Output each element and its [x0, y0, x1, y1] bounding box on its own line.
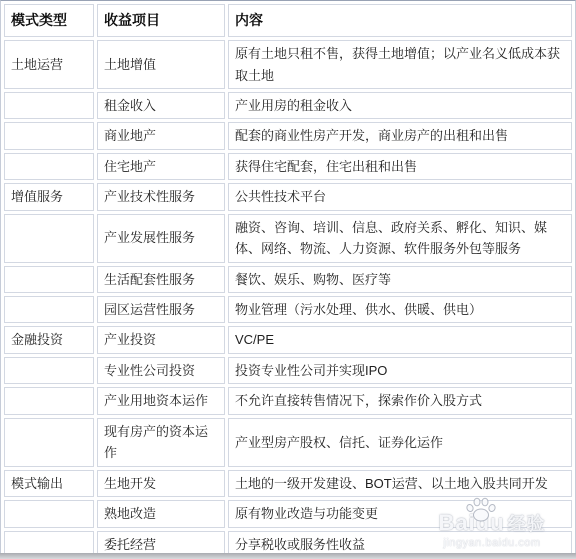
cell-revenue-item: 产业发展性服务 [97, 214, 225, 263]
table-row: 产业用地资本运作 不允许直接转售情况下，探索作价入股方式 [4, 387, 572, 414]
cell-content: 公共性技术平台 [228, 183, 572, 210]
cell-revenue-item: 土地增值 [97, 40, 225, 89]
cell-content: VC/PE [228, 326, 572, 353]
table-row: 现有房产的资本运作 产业型房产股权、信托、证券化运作 [4, 418, 572, 467]
cell-mode-type: 金融投资 [4, 326, 94, 353]
header-content: 内容 [228, 4, 572, 37]
cell-mode-type [4, 296, 94, 323]
cell-mode-type [4, 214, 94, 263]
cell-content: 餐饮、娱乐、购物、医疗等 [228, 266, 572, 293]
table-row: 住宅地产 获得住宅配套，住宅出租和出售 [4, 153, 572, 180]
cell-mode-type: 增值服务 [4, 183, 94, 210]
table-row: 模式输出 生地开发 土地的一级开发建设、BOT运营、以土地入股共同开发 [4, 470, 572, 497]
cell-content: 投资专业性公司并实现IPO [228, 357, 572, 384]
cell-content: 土地的一级开发建设、BOT运营、以土地入股共同开发 [228, 470, 572, 497]
cell-mode-type [4, 92, 94, 119]
table-row: 园区运营性服务 物业管理（污水处理、供水、供暖、供电） [4, 296, 572, 323]
table-row: 增值服务 产业技术性服务 公共性技术平台 [4, 183, 572, 210]
cell-content: 融资、咨询、培训、信息、政府关系、孵化、知识、媒体、网络、物流、人力资源、软件服… [228, 214, 572, 263]
cell-mode-type [4, 153, 94, 180]
cell-content: 物业管理（污水处理、供水、供暖、供电） [228, 296, 572, 323]
cell-revenue-item: 生活配套性服务 [97, 266, 225, 293]
cell-content: 产业型房产股权、信托、证券化运作 [228, 418, 572, 467]
cell-content: 配套的商业性房产开发，商业房产的出租和出售 [228, 122, 572, 149]
header-mode-type: 模式类型 [4, 4, 94, 37]
cell-mode-type: 土地运营 [4, 40, 94, 89]
cell-revenue-item: 产业技术性服务 [97, 183, 225, 210]
cell-content: 获得住宅配套，住宅出租和出售 [228, 153, 572, 180]
cell-mode-type [4, 266, 94, 293]
cell-mode-type [4, 357, 94, 384]
cell-revenue-item: 生地开发 [97, 470, 225, 497]
revenue-model-table: 模式类型 收益项目 内容 土地运营 土地增值 原有土地只租不售，获得土地增值；以… [0, 0, 576, 559]
table-header-row: 模式类型 收益项目 内容 [4, 4, 572, 37]
screenshot-root: 模式类型 收益项目 内容 土地运营 土地增值 原有土地只租不售，获得土地增值；以… [0, 0, 576, 559]
cell-mode-type [4, 387, 94, 414]
cell-revenue-item: 住宅地产 [97, 153, 225, 180]
table-row: 土地运营 土地增值 原有土地只租不售，获得土地增值；以产业名义低成本获取土地 [4, 40, 572, 89]
cell-revenue-item: 租金收入 [97, 92, 225, 119]
table-row: 商业地产 配套的商业性房产开发，商业房产的出租和出售 [4, 122, 572, 149]
cell-mode-type [4, 418, 94, 467]
cell-revenue-item: 专业性公司投资 [97, 357, 225, 384]
table-row: 专业性公司投资 投资专业性公司并实现IPO [4, 357, 572, 384]
cell-mode-type [4, 122, 94, 149]
cell-mode-type: 模式输出 [4, 470, 94, 497]
cell-revenue-item: 熟地改造 [97, 500, 225, 527]
table-row: 金融投资 产业投资 VC/PE [4, 326, 572, 353]
table-row: 租金收入 产业用房的租金收入 [4, 92, 572, 119]
table-row: 产业发展性服务 融资、咨询、培训、信息、政府关系、孵化、知识、媒体、网络、物流、… [4, 214, 572, 263]
cell-mode-type [4, 500, 94, 527]
cell-revenue-item: 园区运营性服务 [97, 296, 225, 323]
table-row: 熟地改造 原有物业改造与功能变更 [4, 500, 572, 527]
table-row: 生活配套性服务 餐饮、娱乐、购物、医疗等 [4, 266, 572, 293]
cell-revenue-item: 现有房产的资本运作 [97, 418, 225, 467]
cell-content: 不允许直接转售情况下，探索作价入股方式 [228, 387, 572, 414]
cell-content: 产业用房的租金收入 [228, 92, 572, 119]
cell-content: 原有物业改造与功能变更 [228, 500, 572, 527]
cell-revenue-item: 产业用地资本运作 [97, 387, 225, 414]
cell-revenue-item: 产业投资 [97, 326, 225, 353]
header-revenue-item: 收益项目 [97, 4, 225, 37]
cell-revenue-item: 商业地产 [97, 122, 225, 149]
page-bottom-edge [0, 553, 576, 559]
cell-content: 原有土地只租不售，获得土地增值；以产业名义低成本获取土地 [228, 40, 572, 89]
